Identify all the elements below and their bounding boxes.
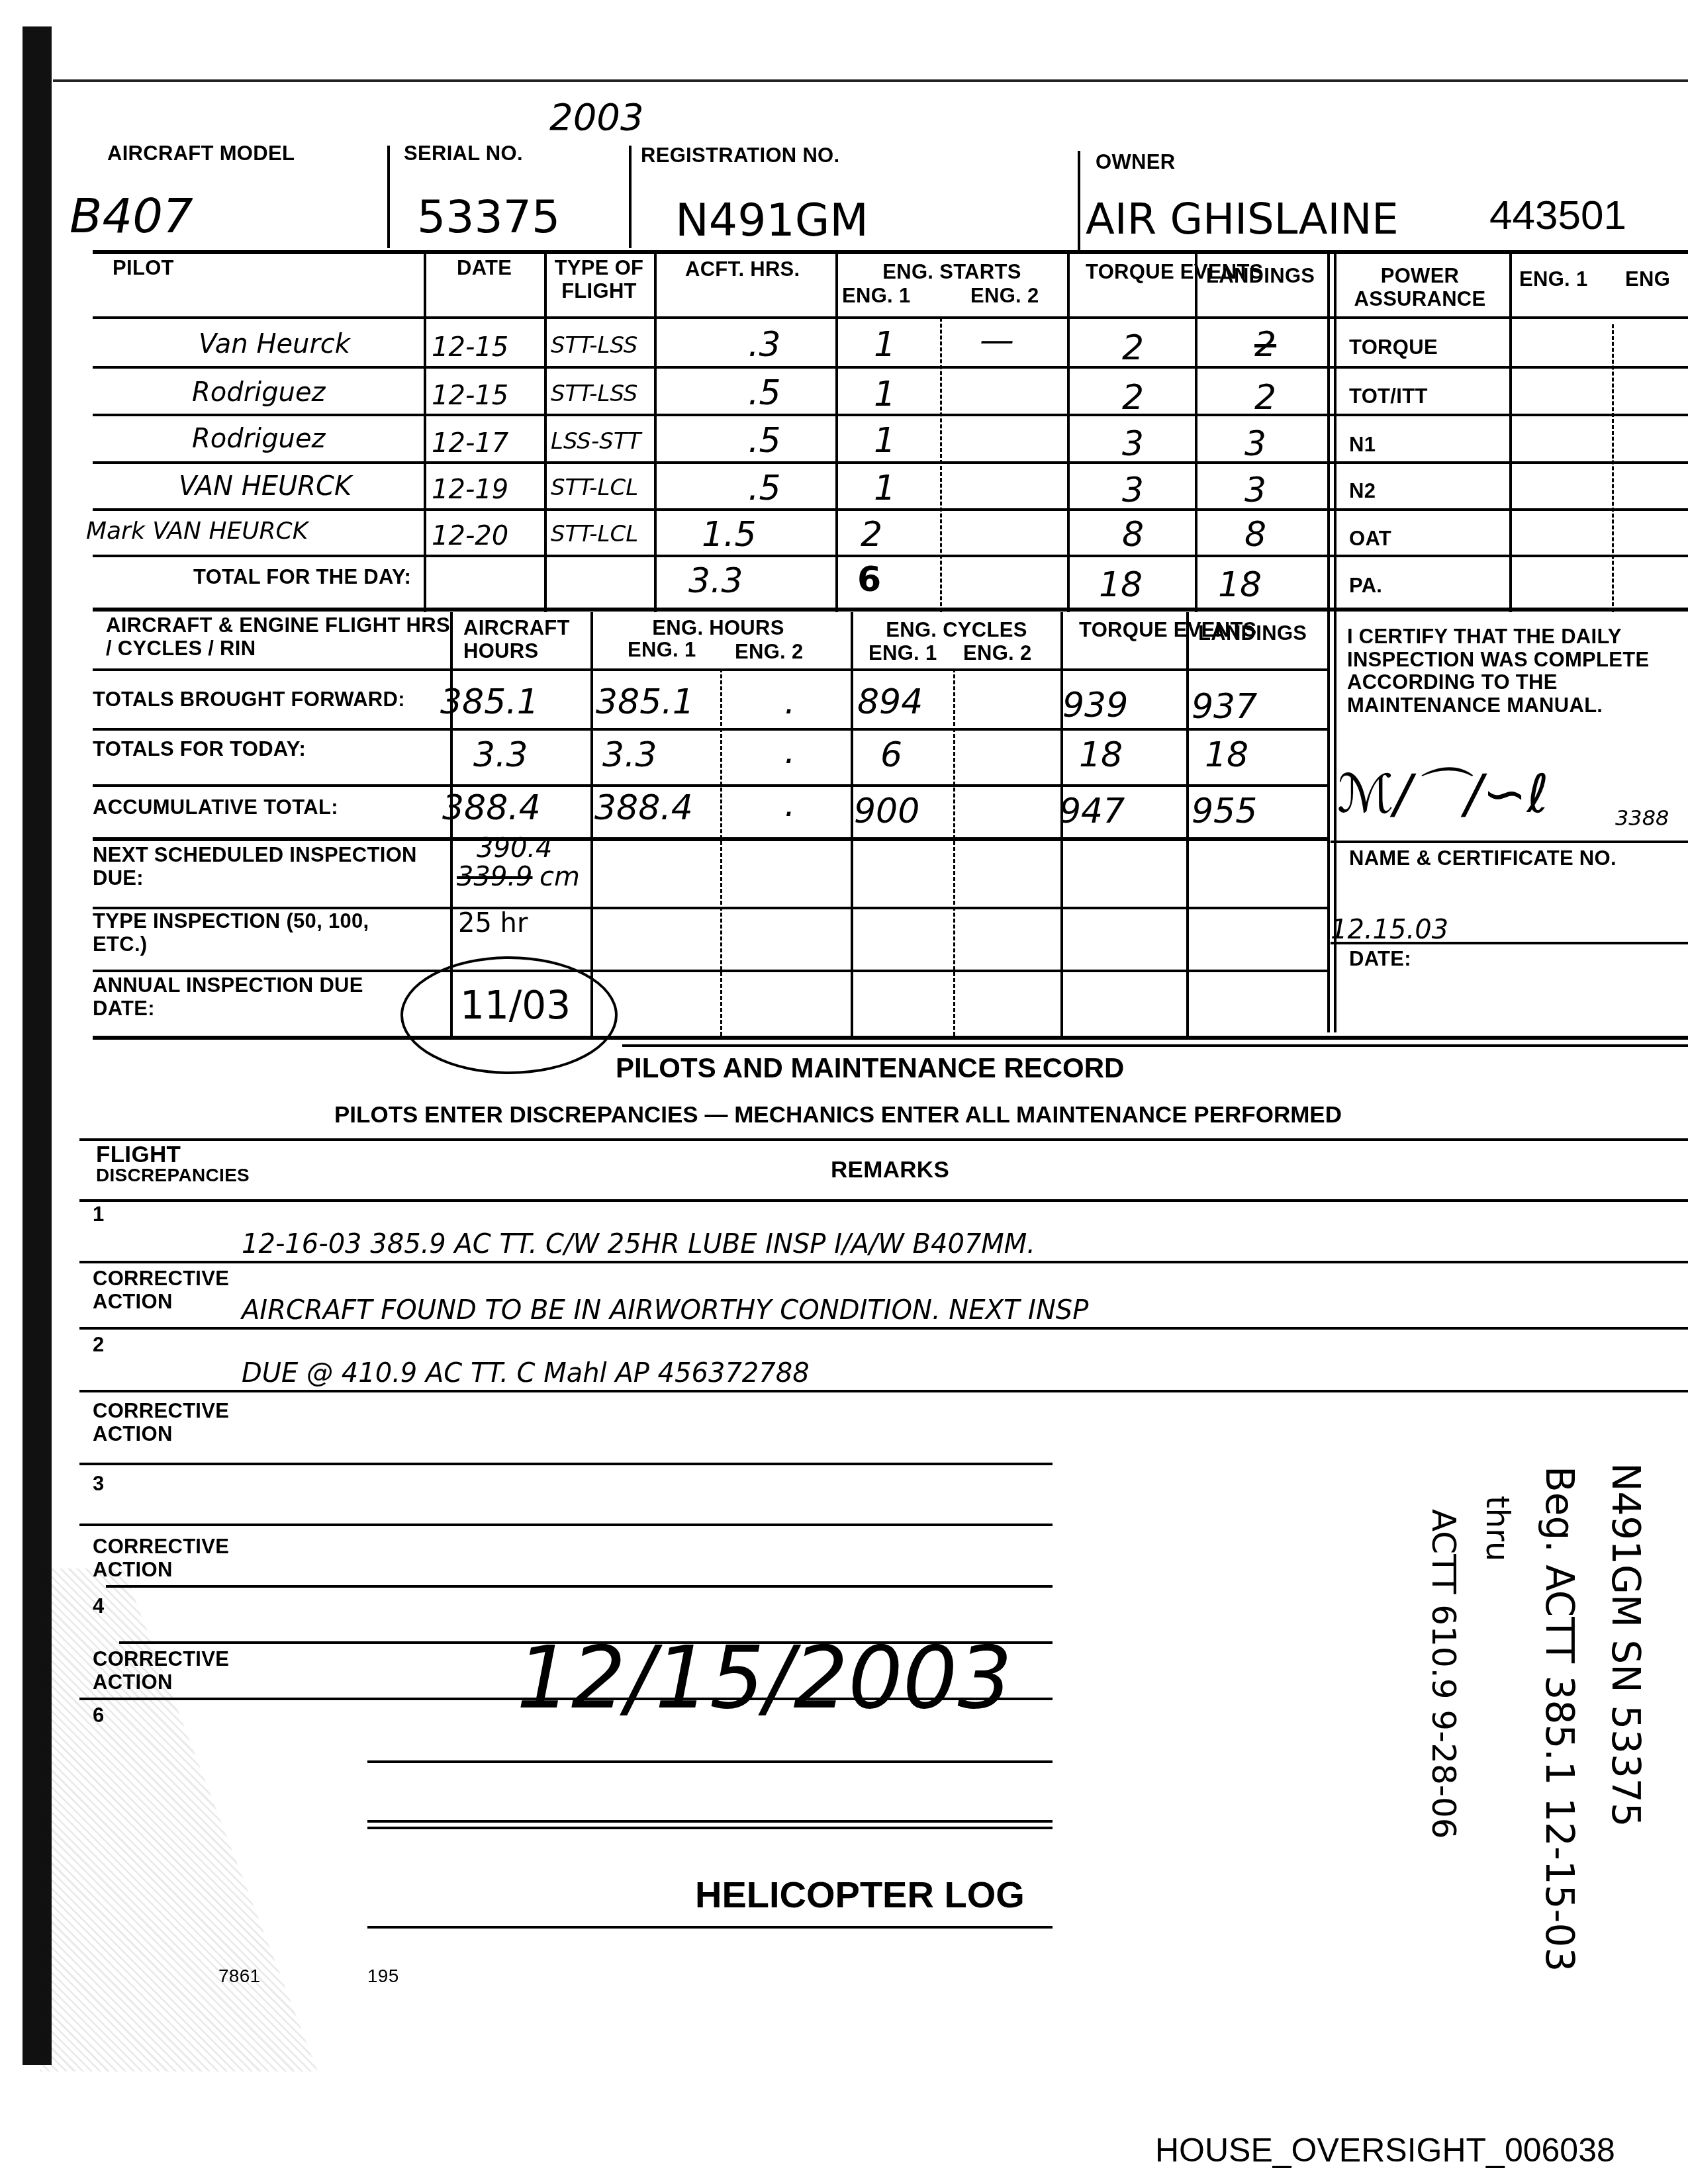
corrective-action-label-3: CORRECTIVE ACTION xyxy=(93,1535,238,1581)
aircraft-model-label: AIRCRAFT MODEL xyxy=(107,142,295,165)
col-remarks: REMARKS xyxy=(831,1157,949,1183)
side-note-line4: ACTT 610.9 9-28-06 xyxy=(1425,1509,1463,1839)
side-note-line1: N491GM SN 53375 xyxy=(1603,1463,1648,1827)
serial-no-value: 53375 xyxy=(417,195,560,240)
certification-date-value: 12.15.03 xyxy=(1331,917,1448,943)
owner-label: OWNER xyxy=(1096,151,1175,174)
registration-no-label: REGISTRATION NO. xyxy=(641,144,839,167)
helicopter-log-page: 2003 AIRCRAFT MODEL B407 SERIAL NO. 5337… xyxy=(0,0,1688,2184)
line-number-2: 2 xyxy=(93,1334,105,1357)
large-handwritten-date: 12/15/2003 xyxy=(516,1635,1012,1721)
col-eng-starts-eng1: ENG. 1 xyxy=(842,285,910,308)
power-assurance-eng1: ENG. 1 xyxy=(1519,268,1587,291)
col-aircraft-hours: AIRCRAFT HOURS xyxy=(463,617,583,662)
year-note: 2003 xyxy=(549,99,644,136)
col-discrepancies: DISCREPANCIES xyxy=(96,1165,250,1185)
col-flight: FLIGHT xyxy=(96,1142,181,1167)
form-code: 195 xyxy=(367,1966,399,1986)
col-landings: LANDINGS xyxy=(1206,265,1315,288)
col-type-of-flight: TYPE OF FLIGHT xyxy=(549,257,649,302)
maintenance-entry-1: 12-16-03 385.9 AC TT. C/W 25HR LUBE INSP… xyxy=(242,1231,1035,1257)
torn-corner xyxy=(40,1569,318,2071)
torn-top-edge xyxy=(53,40,1688,82)
maintenance-entry-2: AIRCRAFT FOUND TO BE IN AIRWORTHY CONDIT… xyxy=(242,1297,1088,1324)
line-number-4: 4 xyxy=(93,1595,105,1618)
form-number: 443501 xyxy=(1489,192,1626,239)
line-number-5: 6 xyxy=(93,1704,105,1727)
col-pilot: PILOT xyxy=(113,257,174,280)
annual-inspection-circle xyxy=(400,956,618,1074)
col-eng-starts-eng2: ENG. 2 xyxy=(970,285,1039,308)
owner-value: AIR GHISLAINE xyxy=(1086,199,1399,241)
certifier-signature: ℳ∕⌒∕∽ℓ xyxy=(1337,768,1549,821)
corner-code: 7861 xyxy=(218,1966,261,1986)
maintenance-record-title: PILOTS AND MAINTENANCE RECORD xyxy=(616,1052,1124,1084)
corrective-action-label-4: CORRECTIVE ACTION xyxy=(93,1648,238,1694)
date-label: DATE: xyxy=(1349,948,1411,971)
col-eng-hours: ENG. HOURS xyxy=(596,617,841,640)
col-date: DATE xyxy=(457,257,512,280)
power-assurance-label: POWER ASSURANCE xyxy=(1344,265,1496,310)
side-note-line2: Beg. ACTT 385.1 12-15-03 xyxy=(1537,1466,1582,1972)
certification-statement: I CERTIFY THAT THE DAILY INSPECTION WAS … xyxy=(1347,625,1688,717)
registration-no-value: N491GM xyxy=(675,199,868,244)
col-eng-starts: ENG. STARTS xyxy=(839,261,1064,284)
bates-number: HOUSE_OVERSIGHT_006038 xyxy=(1155,2131,1615,2169)
col-flight-hrs-cycles: AIRCRAFT & ENGINE FLIGHT HRS / CYCLES / … xyxy=(106,614,450,660)
power-assurance-eng2: ENG xyxy=(1625,268,1670,291)
line-number-3: 3 xyxy=(93,1473,105,1496)
corrective-action-label-1: CORRECTIVE ACTION xyxy=(93,1267,238,1313)
maintenance-entry-3: DUE @ 410.9 AC TT. C Mahl AP 456372788 xyxy=(242,1360,810,1387)
serial-no-label: SERIAL NO. xyxy=(404,142,523,165)
col-eng-cycles: ENG. CYCLES xyxy=(854,619,1059,642)
form-title: HELICOPTER LOG xyxy=(695,1873,1025,1916)
aircraft-model-value: B407 xyxy=(70,192,193,240)
maintenance-record-subtitle: PILOTS ENTER DISCREPANCIES — MECHANICS E… xyxy=(334,1102,1342,1128)
side-note-line3: thru xyxy=(1479,1496,1516,1561)
certifier-number: 3388 xyxy=(1615,807,1669,829)
corrective-action-label-2: CORRECTIVE ACTION xyxy=(93,1400,238,1445)
col-acft-hrs: ACFT. HRS. xyxy=(685,258,800,281)
line-number-1: 1 xyxy=(93,1203,105,1226)
name-certificate-label: NAME & CERTIFICATE NO. xyxy=(1349,847,1617,870)
